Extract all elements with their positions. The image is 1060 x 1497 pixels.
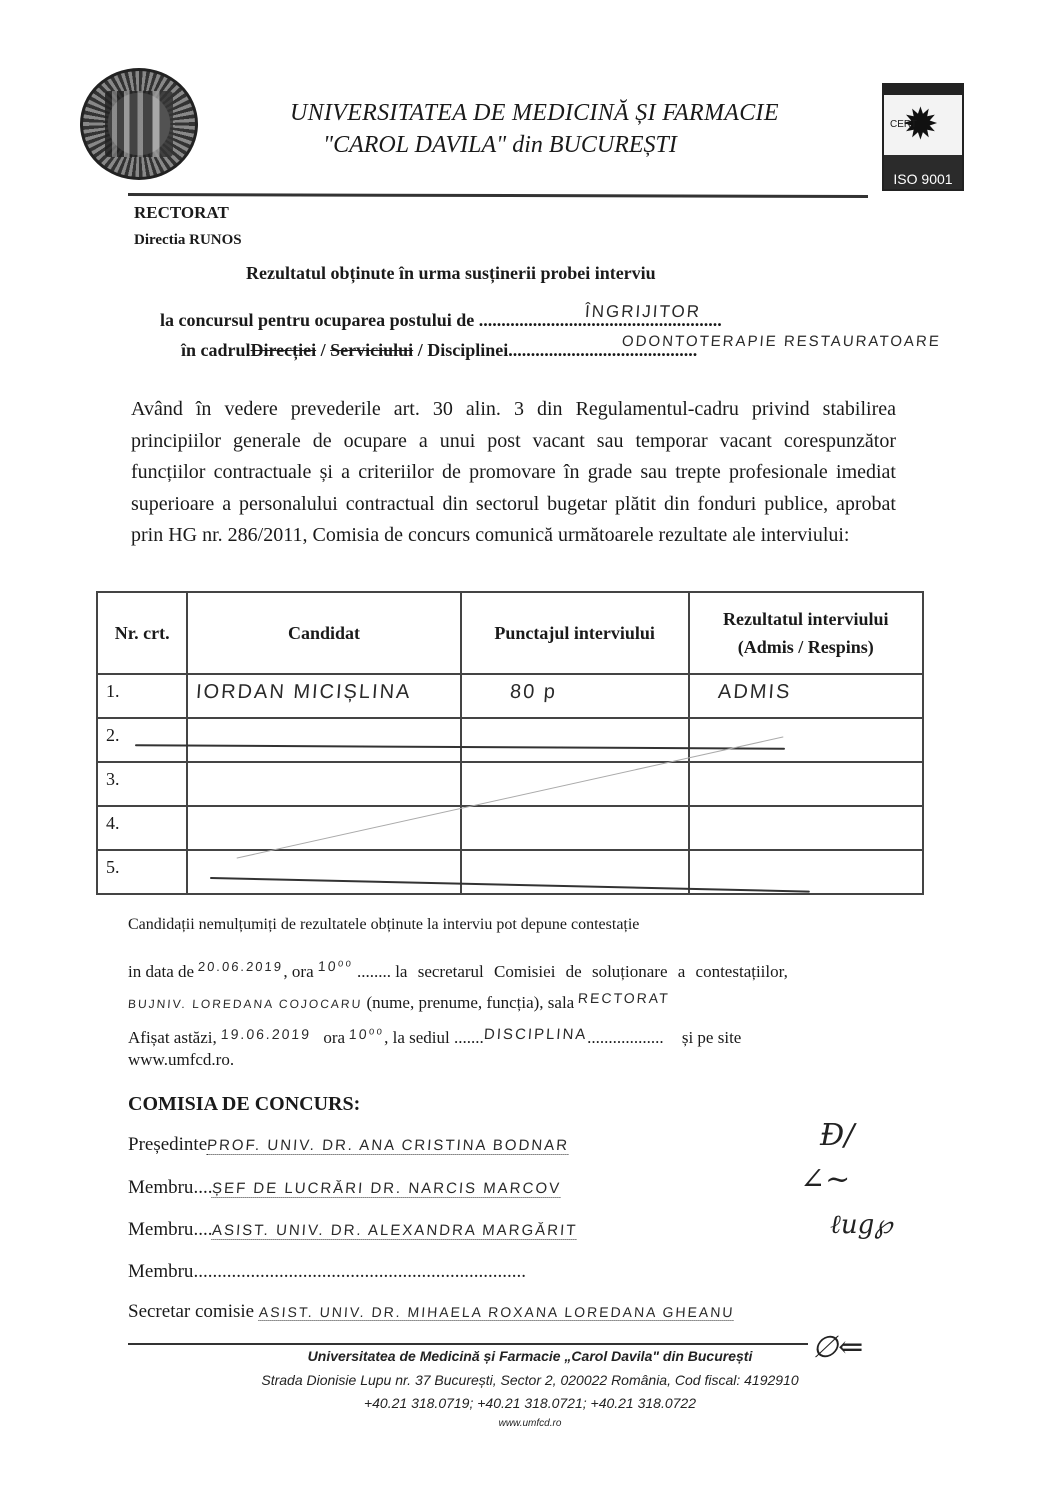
secretary-text: la secretarul Comisiei de soluționare a … [395,962,788,981]
cell-candidat [187,850,460,894]
unit-value: ODONTOTERAPIE RESTAURATOARE [621,333,941,350]
header-punctaj: Punctajul interviului [461,592,689,674]
signature-icon: Ð∕ [820,1118,854,1153]
cell-candidat [187,806,460,850]
member-name: PROF. UNIV. DR. ANA CRISTINA BODNAR [207,1137,570,1155]
table-row: 5. [97,850,923,894]
iso-certification-logo: ✹ CERT ISO 9001 [882,83,964,191]
department-label: RECTORAT [134,203,229,223]
site-label: și pe site [682,1028,742,1047]
unit-line: în cadrulDirecției / Serviciului / Disci… [181,340,697,361]
contestation-date-line: in data de 20.06.2019, ora 10⁰⁰ ........… [128,958,894,982]
committee-member-row: Secretar comisie ASIST. UNIV. DR. MIHAEL… [128,1301,734,1323]
member-role: Secretar comisie [128,1301,254,1322]
signature-icon: ℓug℘ [830,1210,892,1240]
member-name: ASIST. UNIV. DR. ALEXANDRA MARGĂRIT [212,1222,579,1240]
cell-candidat [187,718,460,762]
table-row: 1. IORDAN MICIȘLINA 80 p ADMIS [97,674,923,718]
unit-separator: / [316,340,330,360]
posted-time: 10⁰⁰ [349,1026,385,1043]
posted-time-label: ora [323,1028,345,1047]
posted-date: 19.06.2019 [220,1026,311,1042]
committee-heading: COMISIA DE CONCURS: [128,1093,360,1116]
member-name: ȘEF DE LUCRĂRI DR. NARCIS MARCOV [212,1180,562,1198]
table-row: 4. [97,806,923,850]
footer-website: www.umfcd.ro [180,1418,880,1429]
member-role: Președinte [128,1134,207,1155]
cell-candidat [187,762,460,806]
contestation-secretary-line: BUJNIV. LOREDANA COJOCARU (nume, prenume… [128,990,670,1013]
date-value: 20.06.2019 [198,959,284,974]
legal-paragraph: Având în vedere prevederile art. 30 alin… [131,394,896,552]
cell-nr: 5. [97,850,187,894]
header-rezultat: Rezultatul interviului (Admis / Respins) [689,592,923,674]
time-label: , ora [283,962,313,981]
date-label: in data de [128,962,194,981]
header-divider [128,193,868,198]
results-table: Nr. crt. Candidat Punctajul interviului … [96,591,924,895]
cell-punctaj [461,718,689,762]
unit-separator: / [413,340,427,360]
header-nr: Nr. crt. [97,592,187,674]
cell-rezultat: ADMIS [697,681,792,704]
post-label: la concursul pentru ocuparea postului de [160,310,474,330]
cell-nr: 1. [97,674,187,718]
committee-member-row: Membru....ȘEF DE LUCRĂRI DR. NARCIS MARC… [128,1177,561,1199]
member-name: ASIST. UNIV. DR. MIHAELA ROXANA LOREDANA… [258,1304,735,1321]
unit-struck-serviciu: Serviciului [330,340,413,360]
cell-nr: 4. [97,806,187,850]
table-row: 3. [97,762,923,806]
unit-label: Disciplinei [427,340,508,360]
cell-rezultat [689,806,923,850]
posted-line: Afișat astăzi, 19.06.2019 ora 10⁰⁰, la s… [128,1026,894,1048]
cell-punctaj [461,806,689,850]
table-header-row: Nr. crt. Candidat Punctajul interviului … [97,592,923,674]
cell-rezultat [689,718,923,762]
cell-candidat: IORDAN MICIȘLINA [196,681,413,704]
time-value: 10⁰⁰ [317,958,353,975]
site-url: www.umfcd.ro. [128,1050,234,1070]
footer-institution: Universitatea de Medicină și Farmacie „C… [180,1348,880,1364]
location-value: DISCIPLINA [483,1026,588,1043]
footer-address: Strada Dionisie Lupu nr. 37 București, S… [180,1372,880,1388]
unit-prefix: în cadrul [181,340,251,360]
member-role: Membru [128,1261,193,1282]
signature-icon: ∠~ [800,1162,850,1197]
footer-phones: +40.21 318.0719; +40.21 318.0721; +40.21… [180,1395,880,1411]
university-name: UNIVERSITATEA DE MEDICINĂ ȘI FARMACIE [290,100,779,127]
member-role: Membru [128,1177,193,1198]
post-value: ÎNGRIJITOR [584,302,701,322]
cell-rezultat [689,850,923,894]
directorate-label: Directia RUNOS [134,232,242,249]
secretary-value: BUJNIV. LOREDANA COJOCARU [128,997,363,1011]
cell-punctaj: 80 p [469,681,558,704]
location-label: , la sediul [384,1028,450,1047]
committee-member-row: Membru....ASIST. UNIV. DR. ALEXANDRA MAR… [128,1219,578,1241]
iso-label: ISO 9001 [884,155,962,189]
document-title: Rezultatul obținute în urma susținerii p… [246,263,656,284]
table-row: 2. [97,718,923,762]
room-value: RECTORAT [578,990,671,1006]
committee-member-row: Membru..................................… [128,1261,526,1283]
cell-nr: 3. [97,762,187,806]
unit-struck-directie: Direcției [251,340,317,360]
header-candidat: Candidat [187,592,460,674]
posted-label: Afișat astăzi, [128,1028,217,1047]
member-role: Membru [128,1219,193,1240]
footer-divider [128,1343,808,1345]
committee-member-row: PreședintePROF. UNIV. DR. ANA CRISTINA B… [128,1134,569,1156]
contestation-intro: Candidații nemulțumiți de rezultatele ob… [128,916,639,934]
university-subtitle: "CAROL DAVILA" din BUCUREȘTI [323,132,677,159]
university-seal-logo [80,68,198,180]
cell-nr: 2. [97,718,187,762]
secretary-label: (nume, prenume, funcția), sala [367,993,575,1012]
iso-cert-text: CERT [890,119,917,130]
cell-rezultat [689,762,923,806]
